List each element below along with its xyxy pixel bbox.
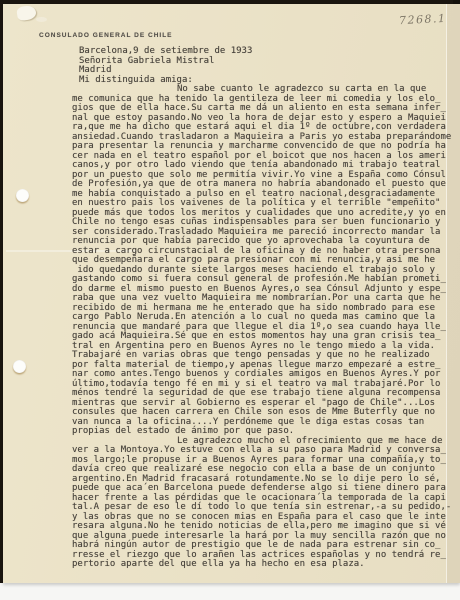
paper-tear xyxy=(36,17,47,22)
letterhead: CONSULADO GENERAL DE CHILE xyxy=(39,32,173,39)
paragraph-1: No sabe cuanto le agradezco su carta en … xyxy=(72,85,456,437)
paper-tear xyxy=(16,5,37,22)
hole-punch xyxy=(16,189,29,202)
hole-punch xyxy=(13,360,26,373)
recipient-name: Señorita Gabriela Mistral xyxy=(72,57,456,67)
paragraph-2: Le agradezco mucho el ofrecimiento que m… xyxy=(72,437,456,570)
scanned-letter-page: 7268.1 CONSULADO GENERAL DE CHILE Barcel… xyxy=(0,0,460,600)
letter-body: Barcelona,9 de setiembre de 1933 Señorit… xyxy=(72,47,456,570)
archive-number-annotation: 7268.1 xyxy=(399,12,447,27)
